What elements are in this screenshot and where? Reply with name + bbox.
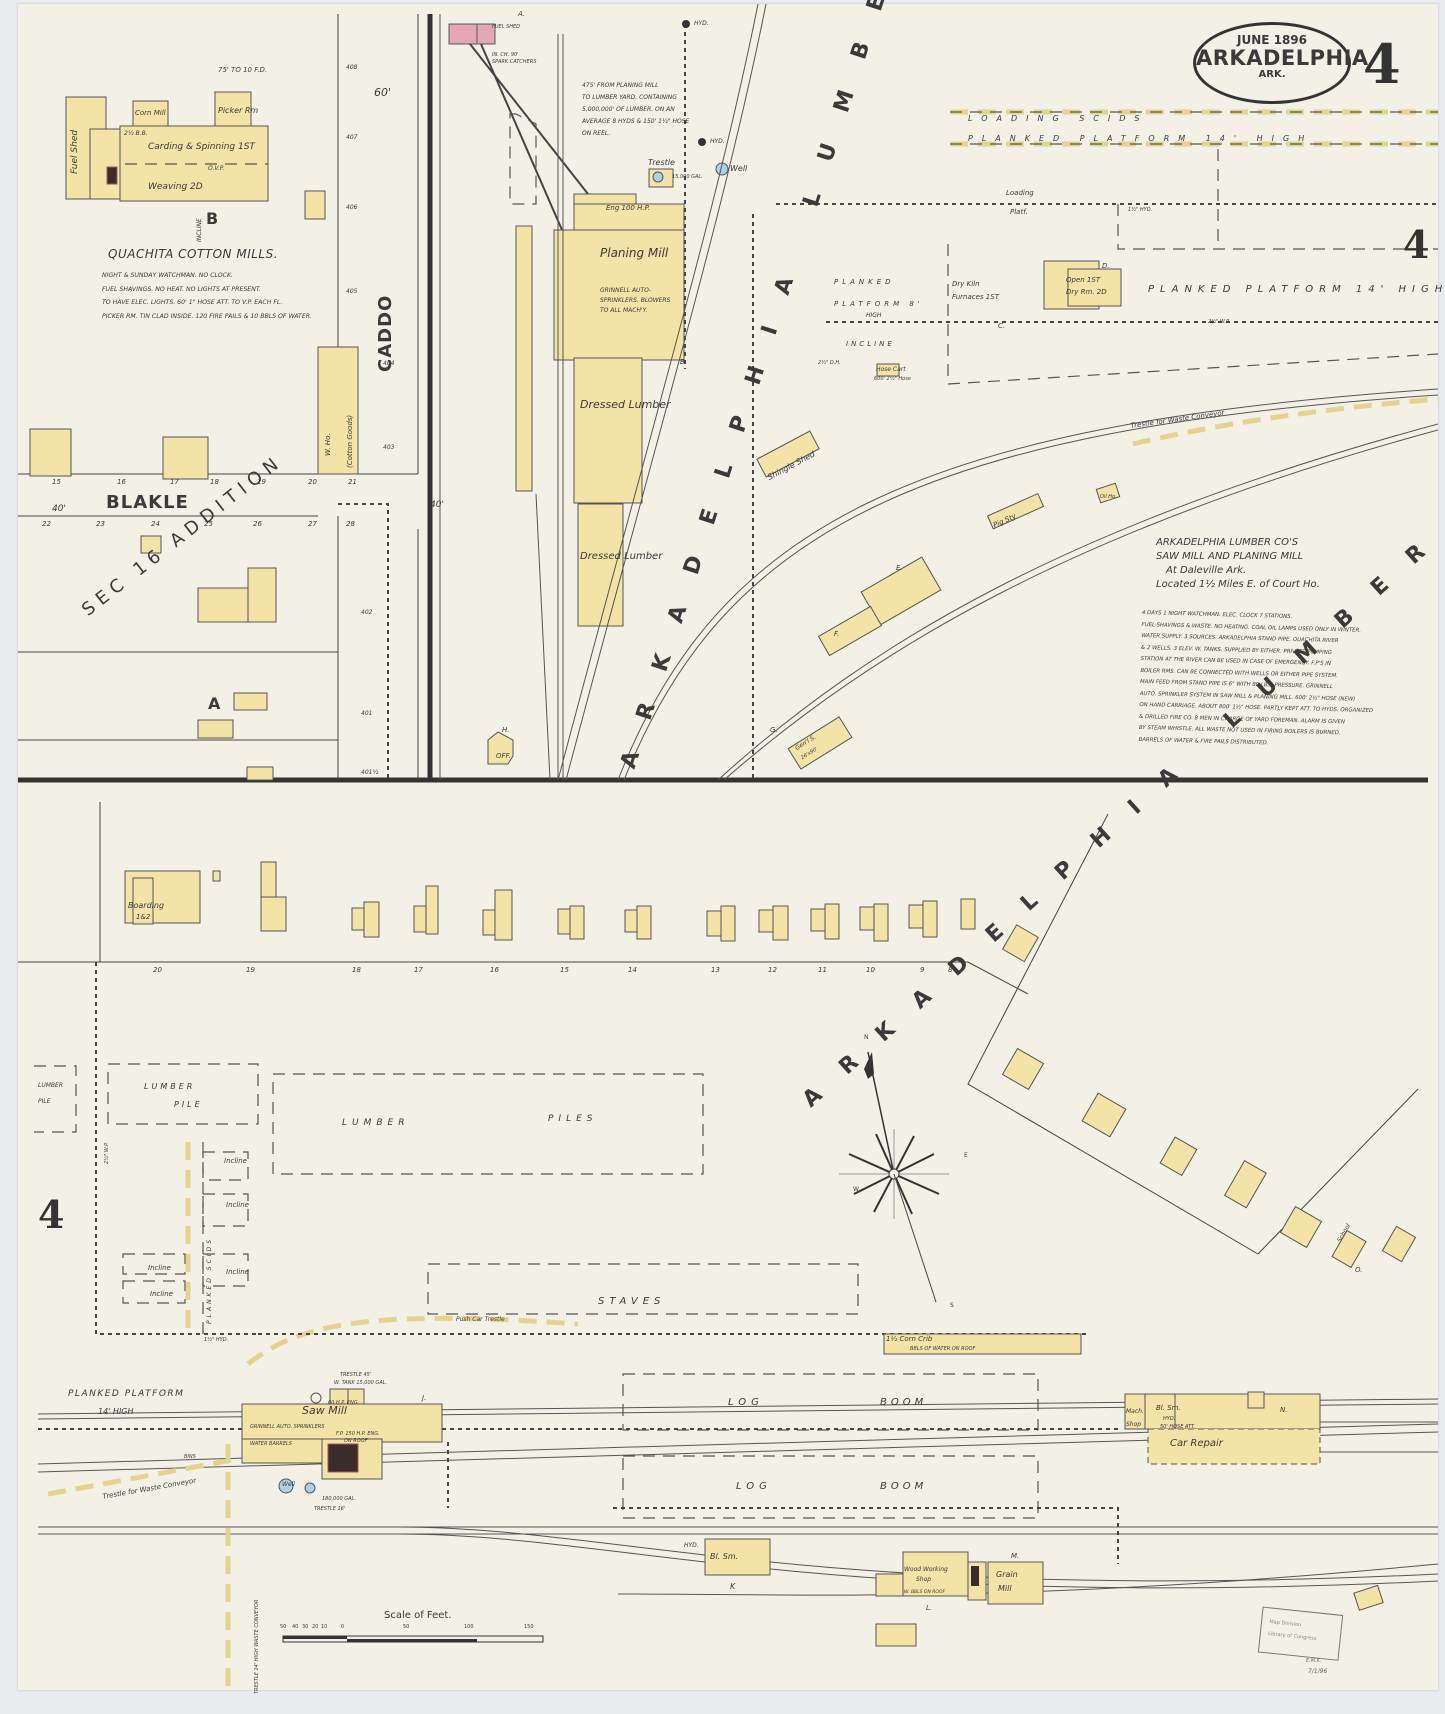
woodworking-label: Wood Working: [904, 1566, 948, 1573]
sheet-number: 4: [1363, 32, 1401, 96]
saw-planked-platform: PLANKED PLATFORM: [68, 1389, 184, 1399]
saw-mill-water-barrels: WATER BARRELS: [250, 1441, 292, 1447]
wp-label: 2½" W.P.: [1208, 319, 1230, 325]
hose-cart-sub: 600' 2½" Hose: [874, 376, 911, 382]
label-l: L.: [926, 1604, 932, 1612]
map-state: ARK.: [1196, 69, 1348, 80]
caddo-number: 403: [383, 444, 394, 451]
boarding-sub: 1&2: [136, 913, 150, 921]
blacksmith-label: Bl. Sm.: [710, 1552, 738, 1561]
hydrant-label: 1½" HYD.: [204, 1337, 228, 1343]
stamp-initials: E.M.K.: [1306, 1658, 1322, 1664]
tank-capacity-label: 15,000 GAL.: [672, 174, 703, 180]
hydrant-label: HYD.: [710, 138, 725, 145]
cotton-mills-notes: NIGHT & SUNDAY WATCHMAN. NO CLOCK. FUEL …: [102, 269, 312, 323]
fuel-shed-small: FUEL SHED: [492, 24, 520, 30]
lumber-pile-label: LUMBER: [144, 1082, 195, 1091]
water-pipe-label: 2½" W.P.: [104, 1142, 110, 1164]
planing-mill-label: Planing Mill: [600, 246, 668, 260]
lumber-co-heading: ARKADELPHIA LUMBER CO'S SAW MILL AND PLA…: [1156, 536, 1320, 592]
oil-house-label: Oil Ho.: [1100, 494, 1117, 500]
loading-platf-label-2: Platf.: [1010, 208, 1028, 216]
car-hose-label: 50' HOSE ATT.: [1160, 1424, 1195, 1430]
lumber-piles-label: LUMBER: [342, 1118, 409, 1128]
boarding-label: Boarding: [128, 901, 164, 910]
saw-trestle-bottom: TRESTLE 16': [314, 1506, 345, 1512]
row-lot-numbers: 20 19 18 17 16 15 14 13 12 11 10 9 8: [18, 966, 978, 976]
hydrant-label: HYD.: [694, 20, 709, 27]
dry-kiln-label: Dry Kiln: [952, 280, 980, 288]
compass-w: W: [853, 1186, 859, 1193]
caddo-number: 407: [346, 134, 357, 141]
caddo-number: 404: [383, 360, 394, 367]
spark-label: IN. CH. 90': [492, 52, 519, 58]
title-cartouche: JUNE 1896 ARKADELPHIA ARK.: [1193, 22, 1351, 104]
map-sheet: .fr{fill:#f3e3a6;stroke:#555;stroke-widt…: [18, 4, 1438, 1690]
edge-sheet-ref-right: 4: [1403, 222, 1429, 267]
saw-tank-bottom: 180,000 GAL.: [322, 1496, 356, 1502]
saw-well-label: Well: [282, 1481, 295, 1488]
incline-label: Incline: [226, 1201, 249, 1209]
grain-label: Grain: [996, 1570, 1018, 1579]
log-boom-2-label: LOG: [736, 1481, 772, 1492]
fuel-shed-label: Fuel Shed: [70, 130, 80, 174]
car-hyd-label: HYD.: [1163, 1416, 1175, 1422]
ovp-label: O.V.P.: [208, 165, 224, 172]
label-m: M.: [1011, 1552, 1019, 1560]
planked-8-label: PLANKED: [834, 278, 895, 286]
caddo-number: 402: [361, 609, 372, 616]
incline-label: Incline: [148, 1264, 171, 1272]
saw-mill-sprinklers: GRINNELL AUTO. SPRINKLERS: [250, 1424, 324, 1430]
woodworking-shop-label: Shop: [916, 1576, 931, 1583]
picker-room-label: Picker Rm: [218, 106, 258, 115]
caddo-number: 401: [361, 710, 372, 717]
compass-e: E: [964, 1152, 968, 1159]
label-c: C.: [998, 322, 1005, 330]
planked-platform-label: PLANKED PLATFORM 14' HIGH: [968, 134, 1313, 143]
saw-trestle-top: TRESTLE 45': [340, 1372, 371, 1378]
planked-platform-label-2: PLANKED PLATFORM 14' HIGH: [1148, 284, 1445, 295]
saw-planked-height: 14' HIGH: [98, 1407, 134, 1416]
label-a: A.: [518, 10, 525, 18]
label-g: G.: [770, 726, 778, 734]
label-e: E.: [896, 564, 903, 572]
cotton-distance-note: 75' TO 10 F.D.: [218, 66, 267, 74]
cotton-mills-name: QUACHITA COTTON MILLS.: [108, 247, 278, 261]
loading-platf-label: Loading: [1006, 189, 1034, 197]
row-houses: [352, 886, 975, 941]
saw-mill-fp-engine: F.P. 150 H.P. ENG.: [336, 1431, 380, 1437]
label-k: K: [730, 1582, 735, 1591]
hose-cart-label: Hose Cart: [876, 366, 906, 373]
lumber-piles-label-2: PILES: [548, 1114, 598, 1124]
incline-loading-label: INCLINE: [846, 340, 895, 348]
warehouse-label: W. Ho.: [324, 433, 332, 456]
lumber-pile-small-label-2: PILE: [38, 1098, 51, 1105]
dry-kiln-furnaces-label: Furnaces 1ST: [952, 293, 999, 301]
saw-mill-engine: 60 H.P. ENG.: [328, 1400, 359, 1406]
block-b-label: B: [206, 209, 218, 228]
scale-title: Scale of Feet.: [384, 1610, 452, 1621]
caddo-number: 406: [346, 204, 357, 211]
corn-crib-label: 1½ Corn Crib: [886, 1335, 932, 1343]
log-boom-2-label-2: BOOM: [880, 1481, 927, 1492]
incline-label: Incline: [224, 1157, 247, 1165]
warehouse-sub-label: (Cotton Goods): [346, 415, 354, 468]
label-b: B.: [680, 358, 687, 366]
map-date: JUNE 1896: [1196, 33, 1348, 47]
caddo-number: 401½: [361, 769, 378, 776]
compass-n: N: [864, 1034, 869, 1041]
corn-mill-label: Corn Mill: [135, 109, 166, 117]
planked-8-label: PLATFORM 8': [834, 300, 924, 308]
waste-conveyor-trestle: TRESTLE 14' HIGH WASTE CONVEYOR: [254, 1600, 260, 1694]
bins-label: BINS: [184, 1454, 196, 1460]
label-f: F.: [834, 630, 839, 638]
log-boom-label: LOG: [728, 1397, 764, 1408]
mach-label: Mach.: [1126, 1408, 1144, 1415]
caddo-number: 405: [346, 288, 357, 295]
dressed-lumber-label: Dressed Lumber: [580, 398, 671, 411]
edge-sheet-ref-left: 4: [38, 1192, 64, 1237]
woodworking-note: W. BBLS ON ROOF: [904, 1590, 945, 1595]
staves-label: STAVES: [598, 1296, 665, 1307]
log-boom-label-2: BOOM: [880, 1397, 927, 1408]
label-o: O.: [1355, 1266, 1362, 1274]
label-d: D.: [1102, 262, 1110, 270]
mill-label: Mill: [998, 1584, 1012, 1593]
carding-spinning-label: Carding & Spinning 1ST: [148, 142, 255, 152]
label-j: J.: [422, 1394, 426, 1402]
lumber-pile-label-2: PILE: [174, 1100, 203, 1109]
stamp-date: 7/1/96: [1308, 1668, 1327, 1675]
push-car-trestle-label: Push Car Trestle: [456, 1316, 505, 1323]
plant-houses: [1003, 925, 1416, 1268]
spark-catchers-label: SPARK CATCHERS: [492, 59, 536, 65]
street-width-60: 60': [374, 86, 391, 99]
street-blakle: BLAKLE: [106, 492, 189, 513]
car-repair-label: Car Repair: [1170, 1438, 1223, 1449]
car-bl-sm-label: Bl. Sm.: [1156, 1404, 1181, 1412]
incline-label: Incline: [226, 1268, 249, 1276]
caddo-width: 40': [430, 500, 444, 510]
library-stamp-text: Map Division Library of Congress: [1267, 1616, 1318, 1645]
compass-s: S: [950, 1302, 954, 1309]
dh-label: 2½" D.H.: [818, 360, 841, 366]
saw-mill-on-roof: ON ROOF: [344, 1438, 368, 1444]
corn-crib-note: BBLS OF WATER ON ROOF: [910, 1346, 975, 1352]
trestle-label: Trestle: [648, 158, 675, 167]
block-a-label: A: [208, 694, 220, 713]
dressed-lumber-label-2: Dressed Lumber: [580, 551, 662, 562]
blakle-width: 40': [52, 504, 66, 514]
engine-label: Eng 100 H.P.: [606, 204, 650, 212]
weaving-label: Weaving 2D: [148, 182, 203, 192]
scale-bar: [283, 1636, 543, 1642]
well-label: Well: [730, 164, 747, 173]
office-label: OFF.: [496, 752, 511, 760]
dry-room-label: Dry Rm. 2D: [1066, 288, 1107, 296]
lumber-yard-note: 475' FROM PLANING MILL TO LUMBER YARD. C…: [582, 80, 689, 140]
planked-scids-label: PLANKED SCIDS: [206, 1237, 213, 1324]
caddo-number: 408: [346, 64, 357, 71]
bb-label: 2½ B.B.: [124, 130, 148, 137]
hyd-label: 1½" HYD.: [1128, 207, 1152, 213]
shop-label: Shop: [1126, 1421, 1141, 1428]
label-n: N.: [1280, 1406, 1287, 1414]
incline-label: INCLINE: [196, 218, 203, 242]
planked-8-label: HIGH: [866, 312, 881, 319]
saw-tank-top: W. TANK 15,000 GAL.: [334, 1380, 387, 1386]
open-label: Open 1ST: [1066, 276, 1100, 284]
lumber-pile-small-label: LUMBER: [38, 1082, 63, 1089]
map-city: ARKADELPHIA: [1196, 47, 1348, 69]
blacksmith-hyd: HYD.: [684, 1542, 699, 1549]
planing-mill-notes: GRINNELL AUTO- SPRINKLERS. BLOWERS TO AL…: [600, 286, 670, 316]
loading-scids-label: LOADING SCIDS: [968, 114, 1149, 123]
office-letter: H.: [502, 726, 510, 734]
incline-label: Incline: [150, 1290, 173, 1298]
